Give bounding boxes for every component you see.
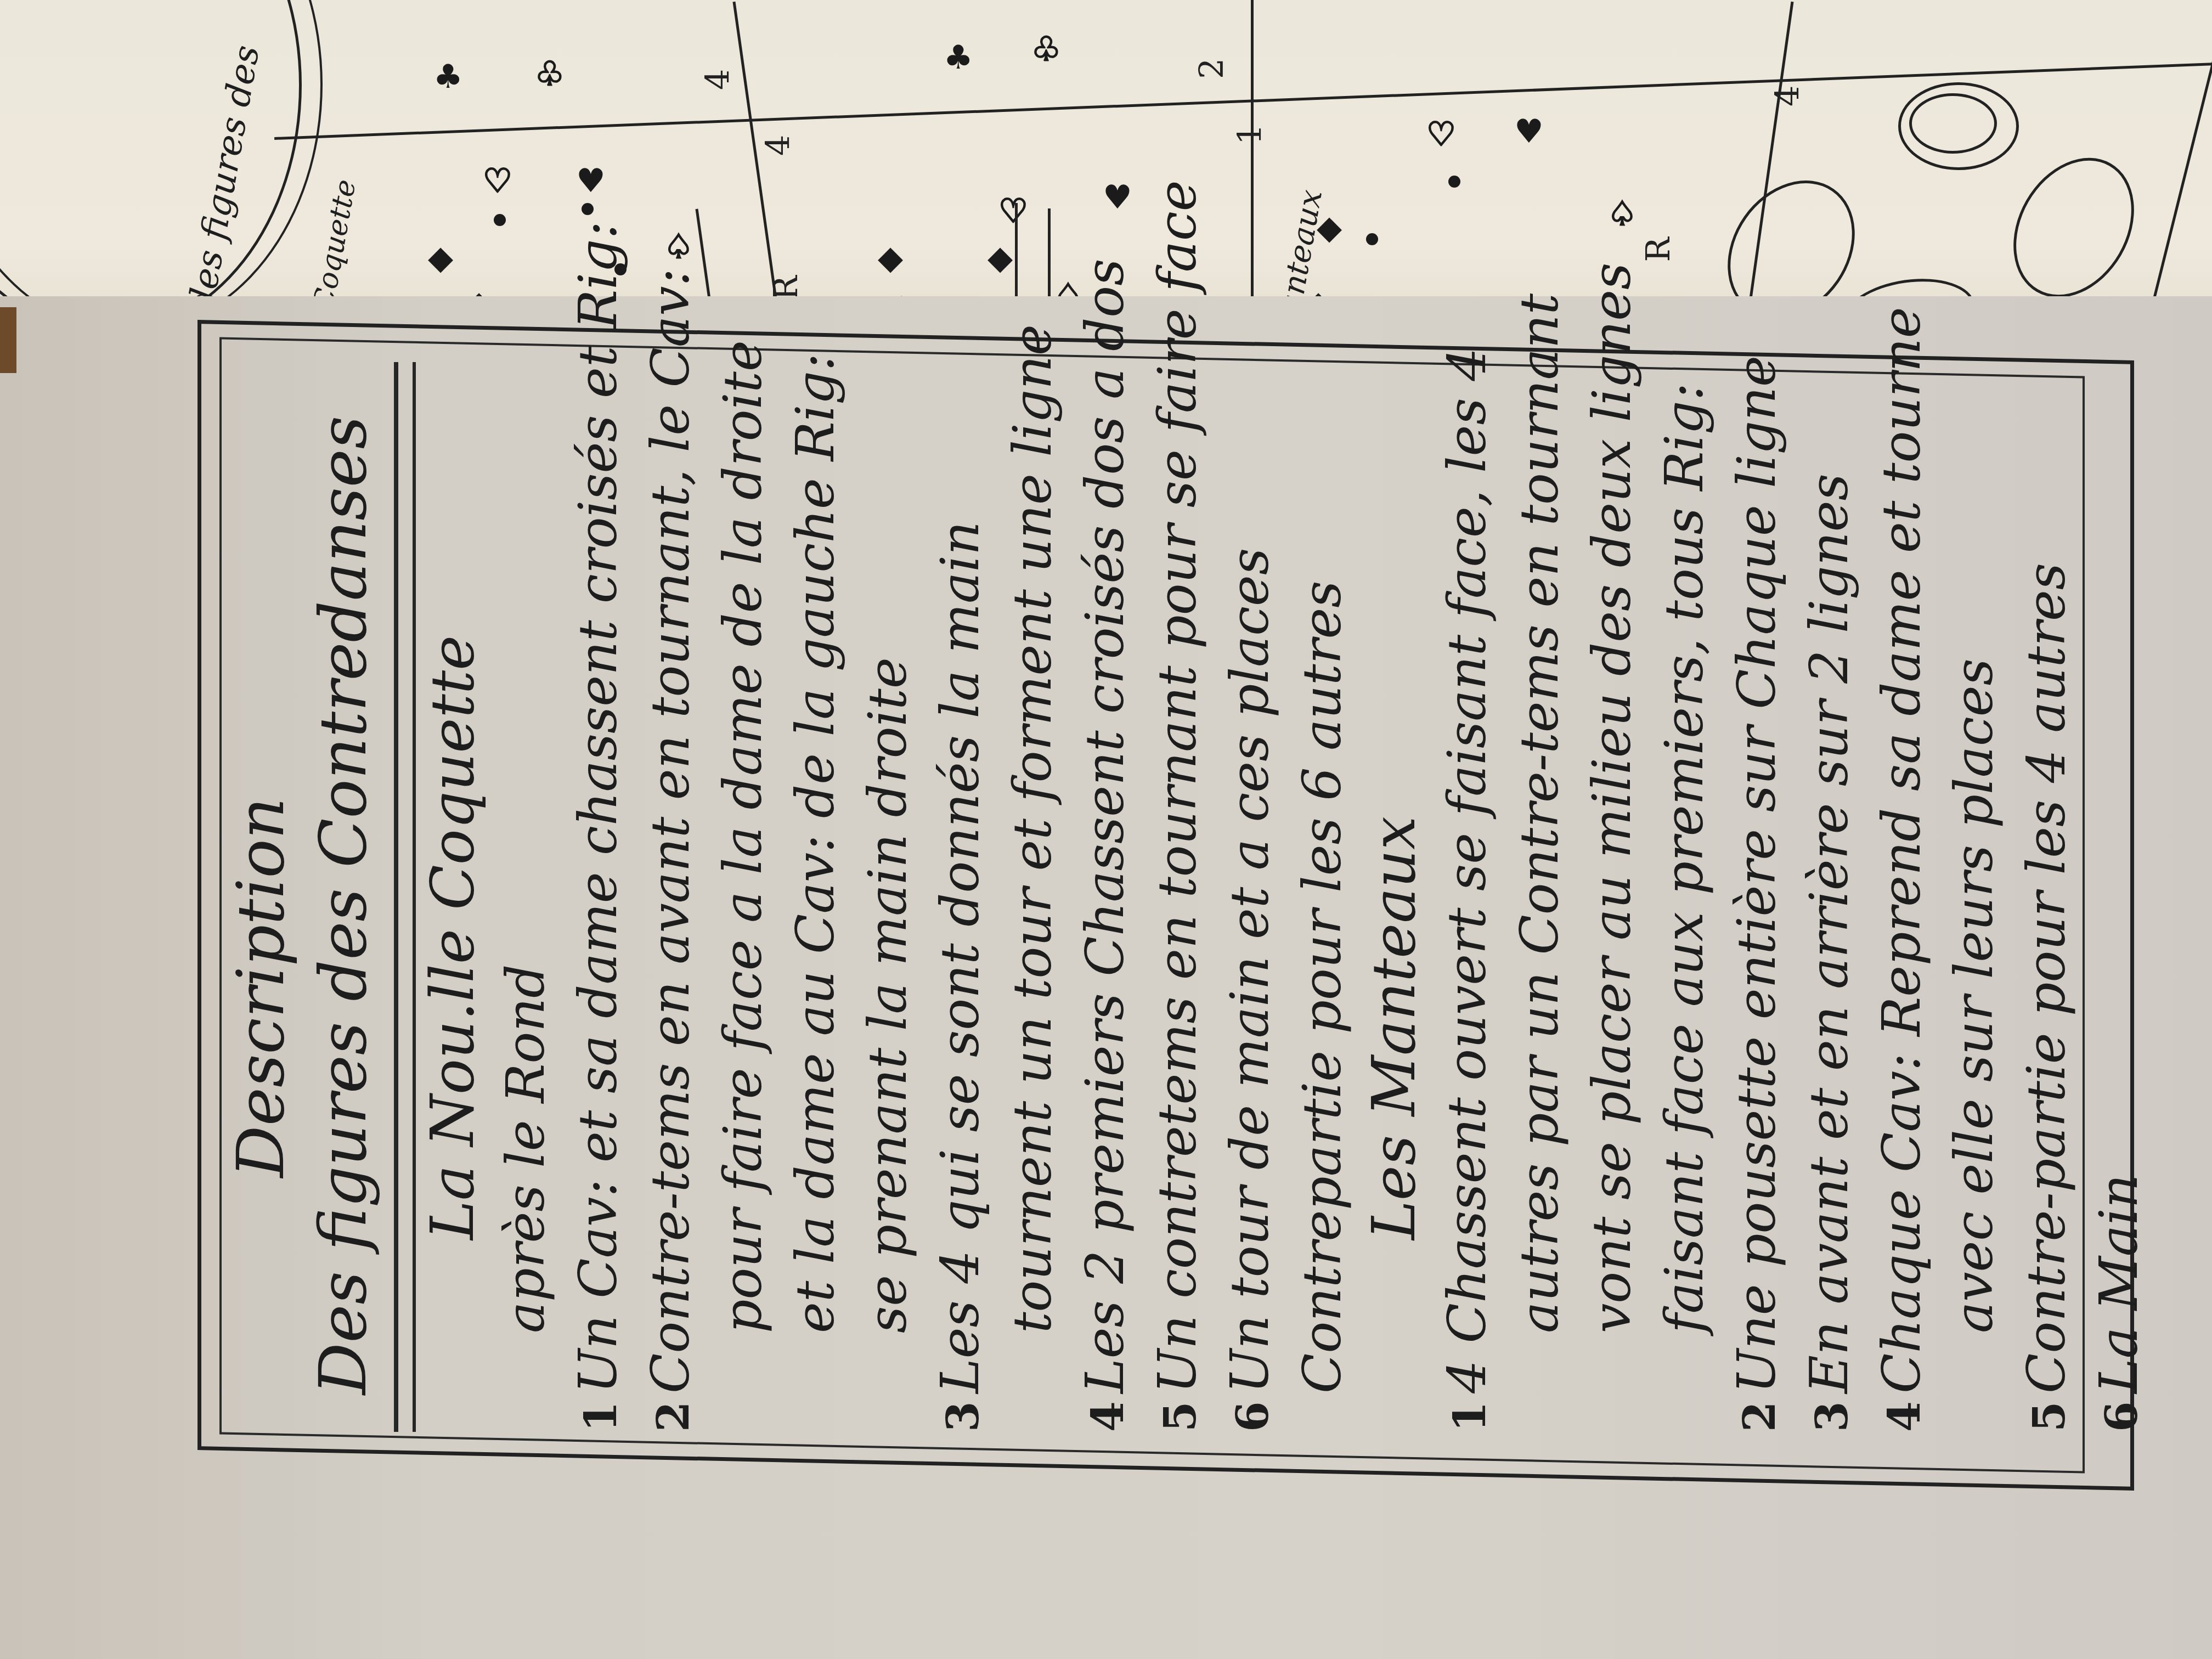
heart-hollow-icon: ♡ bbox=[483, 165, 512, 198]
figure-text: tournent un tour et forment une ligne bbox=[1002, 324, 1063, 1333]
diamond-icon: ◆ bbox=[878, 241, 903, 274]
diamond-icon: ◆ bbox=[1317, 211, 1342, 244]
border-arc bbox=[0, 0, 323, 334]
cell-marker: R bbox=[1639, 237, 1678, 262]
figure-text: La Main bbox=[2088, 1174, 2149, 1393]
description-text-block: Description Des figures des Contredanses… bbox=[219, 362, 2074, 1448]
figure-number: 6 bbox=[1216, 1393, 1289, 1432]
figure-line: tournent un tour et forment une ligne bbox=[996, 362, 1069, 1448]
cell-marker: 2 bbox=[1193, 58, 1231, 79]
figure-text: Contre-tems en avant en tournant, le Cav… bbox=[640, 268, 701, 1393]
dancer-dot bbox=[582, 203, 594, 215]
figure-line: vont se placer au milieu des deux lignes bbox=[1576, 362, 1648, 1448]
spade-hollow-icon: ♤ bbox=[1607, 198, 1637, 230]
figure-line: 5Un contretems en tournant pour se faire… bbox=[1141, 362, 1214, 1448]
figure-text: Les 2 premiers Chassent croisés dos a do… bbox=[1074, 259, 1136, 1393]
figure-line: autres par un Contre-tems en tournant bbox=[1503, 362, 1576, 1448]
figure-text: 4 Chassent ouvert se faisant face, les 4 bbox=[1436, 348, 1498, 1393]
diagram-label-coquette: Coquette bbox=[307, 177, 363, 313]
heart-hollow-icon: ♡ bbox=[1426, 118, 1456, 151]
figure-number: 6 bbox=[2085, 1393, 2158, 1432]
heart-icon: ♥ bbox=[576, 165, 606, 198]
figure-text: Les 4 qui se sont donnés la main bbox=[929, 521, 991, 1393]
figure-number: 1 bbox=[1434, 1393, 1506, 1432]
figure-line: 3En avant et en arrière sur 2 lignes bbox=[1793, 362, 1865, 1448]
cell-marker: 4 bbox=[1769, 86, 1807, 106]
figure-line: Contrepartie pour les 6 autres bbox=[1286, 362, 1358, 1448]
figure-text: Un tour de main et a ces places bbox=[1219, 548, 1280, 1393]
figure-line: pour faire face a la dame de la droite bbox=[707, 362, 779, 1448]
figure-text: Un contretems en tournant pour se faire … bbox=[1147, 180, 1208, 1393]
binding-shadow bbox=[0, 307, 16, 373]
figure-text: Chaque Cav: Reprend sa dame et tourne bbox=[1871, 307, 1932, 1393]
figure-number: 3 bbox=[927, 1393, 999, 1432]
figure-line: avec elle sur leurs places bbox=[1938, 362, 2010, 1448]
figure-line: 6La Main bbox=[2083, 362, 2155, 1448]
page-subtitle: Des figures des Contredanses bbox=[302, 362, 384, 1448]
figure-text: Un Cav: et sa dame chassent croisés et R… bbox=[567, 221, 629, 1393]
figure-text: et la dame au Cav: de la gauche Rig: bbox=[785, 353, 846, 1333]
club-hollow-icon: ♧ bbox=[1031, 33, 1061, 66]
figure-text: vont se placer au milieu des deux lignes bbox=[1581, 263, 1643, 1333]
dancer-dot bbox=[494, 214, 506, 226]
section-heading: Les Manteaux bbox=[1358, 362, 1431, 1448]
figure-line: 4Les 2 premiers Chassent croisés dos a d… bbox=[1069, 362, 1141, 1448]
figure-line: 2Une pousette entière sur Chaque ligne bbox=[1720, 362, 1793, 1448]
heart-icon: ♥ bbox=[1103, 181, 1132, 214]
figure-number: 3 bbox=[1796, 1393, 1868, 1432]
figure-number: 2 bbox=[637, 1393, 709, 1432]
heart-icon: ♥ bbox=[1514, 115, 1544, 148]
spade-hollow-icon: ♤ bbox=[664, 230, 693, 263]
figure-line: 4Chaque Cav: Reprend sa dame et tourne bbox=[1865, 362, 1938, 1448]
figure-oval bbox=[1909, 93, 1997, 154]
figure-text: Une pousette entière sur Chaque ligne bbox=[1726, 356, 1787, 1393]
figure-oval bbox=[1989, 136, 2158, 319]
diamond-icon: ◆ bbox=[988, 241, 1013, 274]
heart-hollow-icon: ♡ bbox=[998, 195, 1028, 228]
cell-marker: 4 bbox=[699, 69, 737, 90]
diamond-icon: ◆ bbox=[428, 241, 453, 274]
dancer-dot bbox=[1448, 176, 1460, 188]
figure-line: 5Contre-partie pour les 4 autres bbox=[2010, 362, 2083, 1448]
figure-line: se prenant la main droite bbox=[851, 362, 924, 1448]
figure-number: 1 bbox=[565, 1393, 637, 1432]
figure-number: 4 bbox=[1071, 1393, 1144, 1432]
figure-line: 14 Chassent ouvert se faisant face, les … bbox=[1431, 362, 1503, 1448]
cell-marker: 1 bbox=[1231, 124, 1269, 145]
figure-text: autres par un Contre-tems en tournant bbox=[1509, 294, 1570, 1333]
figure-text: En avant et en arrière sur 2 lignes bbox=[1798, 473, 1860, 1393]
grid-line bbox=[2141, 5, 2212, 346]
section-heading: La Nou.lle Coquette bbox=[417, 362, 489, 1448]
club-icon: ♣ bbox=[944, 41, 973, 74]
club-icon: ♣ bbox=[433, 60, 463, 93]
figure-text: se prenant la main droite bbox=[857, 657, 918, 1333]
figure-text: Contrepartie pour les 6 autres bbox=[1291, 580, 1353, 1393]
club-hollow-icon: ♧ bbox=[535, 58, 565, 91]
page-title: Description bbox=[219, 362, 302, 1613]
figure-text: faisant face aux premiers, tous Rig: bbox=[1654, 383, 1715, 1333]
figure-line: 1Un Cav: et sa dame chassent croisés et … bbox=[562, 362, 634, 1448]
figure-number: 4 bbox=[1868, 1393, 1940, 1432]
figure-number: 5 bbox=[1144, 1393, 1216, 1432]
figure-number: 5 bbox=[2013, 1393, 2085, 1432]
figure-line: faisant face aux premiers, tous Rig: bbox=[1648, 362, 1720, 1448]
figure-line: 2Contre-tems en avant en tournant, le Ca… bbox=[634, 362, 707, 1448]
figure-number: 2 bbox=[1723, 1393, 1796, 1432]
figure-text: pour faire face a la dame de la droite bbox=[712, 340, 774, 1333]
figure-text: Contre-partie pour les 4 autres bbox=[2016, 563, 2077, 1393]
dancer-dot bbox=[1366, 233, 1378, 245]
figure-line: 3Les 4 qui se sont donnés la main bbox=[924, 362, 996, 1448]
figure-line: 6Un tour de main et a ces places bbox=[1214, 362, 1286, 1448]
figure-text: avec elle sur leurs places bbox=[1943, 658, 2005, 1333]
cell-marker: 4 bbox=[759, 135, 798, 156]
section-subheading: après le Rond bbox=[489, 362, 562, 1448]
figure-line: et la dame au Cav: de la gauche Rig: bbox=[779, 362, 851, 1448]
